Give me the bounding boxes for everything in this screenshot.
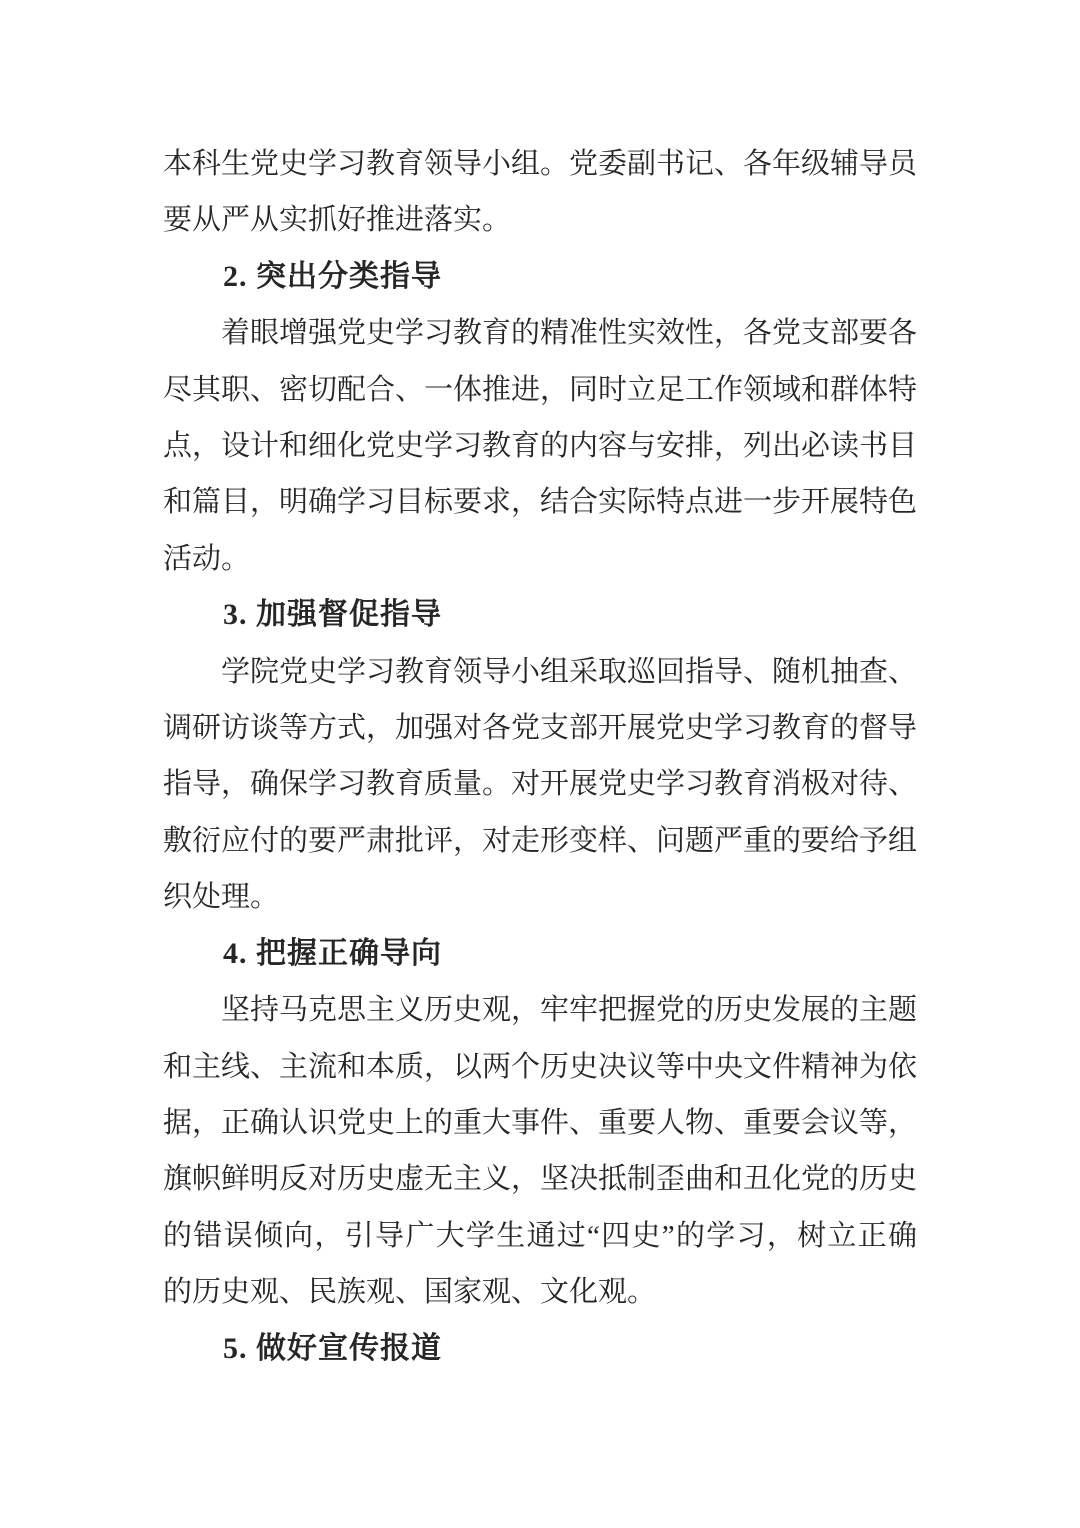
section-heading: 2. 突出分类指导 [163,249,917,305]
text-line: 据，正确认识党史上的重大事件、重要人物、重要会议等， [163,1095,917,1151]
text-line: 和主线、主流和本质，以两个历史决议等中央文件精神为依 [163,1039,917,1095]
text-line: 的历史观、民族观、国家观、文化观。 [163,1264,917,1320]
text-line: 活动。 [163,531,917,587]
document-page: 本科生党史学习教育领导小组。党委副书记、各年级辅导员要从严从实抓好推进落实。2.… [0,0,1080,1528]
text-line: 敷衍应付的要严肃批评，对走形变样、问题严重的要给予组 [163,813,917,869]
section-heading: 4. 把握正确导向 [163,926,917,982]
text-line: 点，设计和细化党史学习教育的内容与安排，列出必读书目 [163,418,917,474]
text-line: 的错误倾向，引导广大学生通过“四史”的学习，树立正确 [163,1208,917,1264]
text-line: 着眼增强党史学习教育的精准性实效性，各党支部要各 [163,305,917,361]
text-line: 和篇目，明确学习目标要求，结合实际特点进一步开展特色 [163,474,917,530]
text-line: 旗帜鲜明反对历史虚无主义，坚决抵制歪曲和丑化党的历史 [163,1151,917,1207]
document-text-block: 本科生党史学习教育领导小组。党委副书记、各年级辅导员要从严从实抓好推进落实。2.… [163,136,917,1377]
text-line: 尽其职、密切配合、一体推进，同时立足工作领域和群体特 [163,362,917,418]
text-line: 学院党史学习教育领导小组采取巡回指导、随机抽查、 [163,644,917,700]
text-line: 坚持马克思主义历史观，牢牢把握党的历史发展的主题 [163,982,917,1038]
text-line: 要从严从实抓好推进落实。 [163,192,917,248]
text-line: 调研访谈等方式，加强对各党支部开展党史学习教育的督导 [163,700,917,756]
text-line: 本科生党史学习教育领导小组。党委副书记、各年级辅导员 [163,136,917,192]
section-heading: 5. 做好宣传报道 [163,1321,917,1377]
text-line: 织处理。 [163,869,917,925]
text-line: 指导，确保学习教育质量。对开展党史学习教育消极对待、 [163,756,917,812]
section-heading: 3. 加强督促指导 [163,587,917,643]
